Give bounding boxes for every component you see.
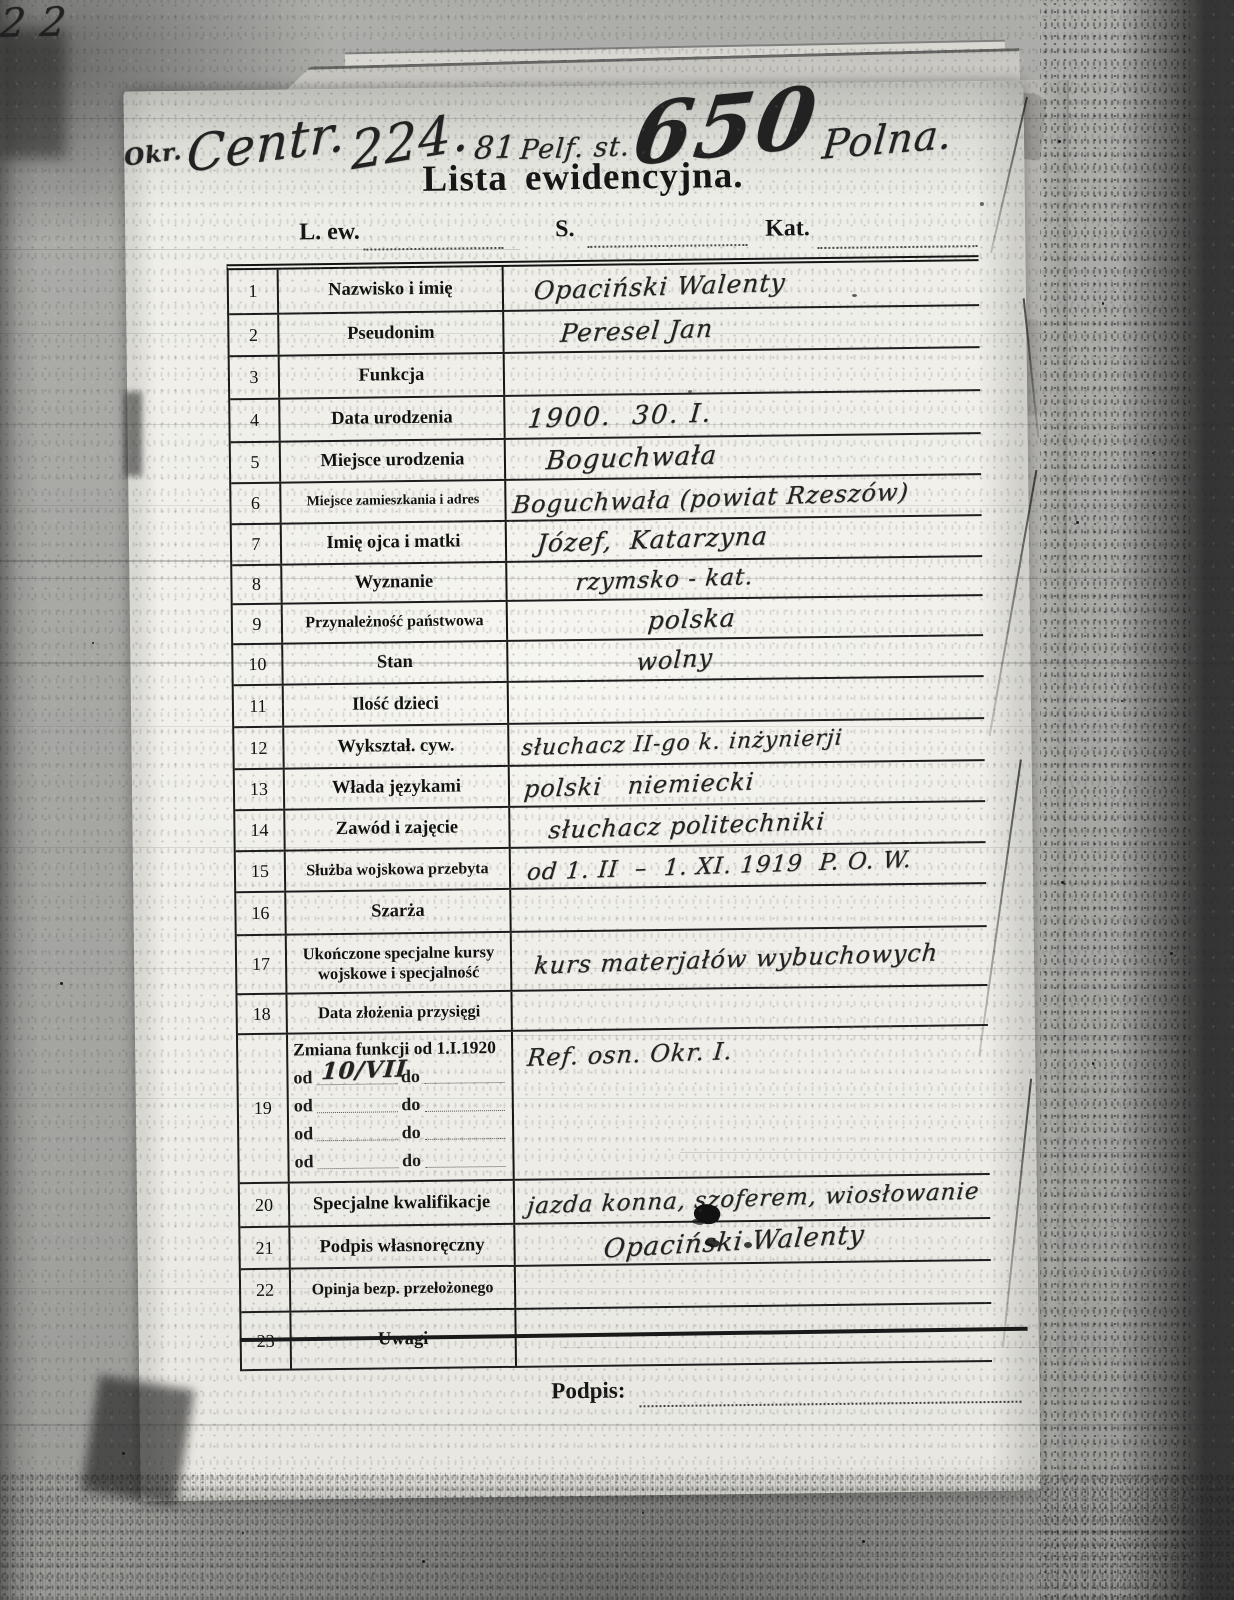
scan-speck [1102, 302, 1104, 305]
evidence-table: 1 Nazwisko i imię Opaciński Walenty 2 Ps… [227, 255, 992, 1371]
row-number: 8 [232, 566, 282, 604]
row-label: Podpis własnoręczny [290, 1225, 515, 1268]
row-value: rzymsko - kat. [574, 563, 754, 595]
scan-speck [642, 1512, 644, 1514]
scan-speck [1092, 1062, 1094, 1065]
row-value: jazda konna, szoferem, wiosłowanie [526, 1178, 981, 1219]
row-value: Opaciński Walenty [533, 268, 787, 305]
row-label: Imię ojca i matki [282, 522, 507, 564]
dotted-rule [587, 244, 747, 248]
scan-speck [422, 1560, 425, 1563]
row-label: Miejsce urodzenia [281, 440, 506, 482]
lew-field-value: 81 [473, 129, 518, 167]
row-number: 12 [234, 728, 284, 769]
row-number: 13 [235, 770, 285, 810]
row-label: Przynależność państwowa [283, 602, 508, 643]
scan-speck [60, 982, 63, 985]
row-label: Wykształ. cyw. [284, 725, 509, 768]
row-number: 17 [237, 936, 288, 994]
row-label: Funkcja [280, 354, 505, 398]
form-sheet: Okr. Centr. Lista ewidencyjna. 224. L. e… [123, 81, 1040, 1502]
kat-field-label: Kat. [765, 215, 810, 243]
scan-blotch [0, 28, 66, 158]
od-do-line: od do [294, 1151, 509, 1173]
row-value: od 1. II – 1. XI. 1919 P. O. W. [526, 846, 913, 885]
row-value: Józef, Katarzyna [536, 521, 770, 558]
row-value: słuchacz politechniki [547, 807, 826, 844]
row-number: 7 [232, 525, 282, 565]
row-label: Ilość dzieci [284, 683, 509, 726]
table-row: 17 Ukończone specjalne kursy wojskowe i … [237, 927, 988, 995]
table-row-19: 19 Zmiana funkcji od 1.I.1920 od 10/VII … [238, 1026, 990, 1184]
background-page-number-fragment: 2 2 [0, 0, 69, 47]
row-label: Stan [283, 642, 508, 684]
row-number: 22 [241, 1270, 291, 1312]
row-value: polska [647, 603, 737, 635]
dotted-signature-line [640, 1401, 1022, 1408]
dotted-leader [425, 1166, 505, 1168]
scan-speck [1121, 700, 1123, 702]
lew-field-label: L. ew. [299, 219, 360, 247]
row-value: Peresel Jan [559, 313, 714, 347]
row-number: 1 [229, 270, 280, 314]
row-label: Zawód i zajęcie [285, 808, 510, 850]
row-label: Ukończone specjalne kursy wojskowe i spe… [287, 933, 513, 993]
row-label: Nazwisko i imię [279, 267, 505, 313]
row-number: 10 [233, 645, 283, 685]
dotted-rule [363, 247, 503, 251]
row-label: Miejsce zamieszkania i adres [281, 481, 506, 523]
row-value: polski niemiecki [523, 767, 756, 803]
handwritten-okr-annotation: Okr. [123, 138, 184, 172]
row-label: Data urodzenia [280, 397, 505, 441]
scan-speck [1152, 452, 1154, 454]
row-label: Pseudonim [279, 312, 504, 355]
row-value: słuchacz II-go k. inżynierji [520, 725, 843, 761]
scan-speck [862, 1540, 865, 1543]
od-do-line: od do [294, 1123, 509, 1145]
handwritten-centr-annotation: Centr. [186, 104, 347, 184]
row-label: Służba wojskowa przebyta [286, 849, 511, 891]
row-number: 14 [235, 811, 285, 851]
row-label: Opinja bezp. przełożonego [291, 1267, 516, 1311]
handwritten-signature-row: Opaciński Walenty [602, 1220, 866, 1265]
row-number: 4 [230, 400, 280, 442]
row-number: 6 [231, 484, 281, 524]
row-value: Boguchwała [545, 440, 719, 476]
dotted-rule [817, 245, 977, 249]
row-label: Wyznanie [282, 563, 507, 603]
dotted-leader [424, 1110, 504, 1112]
row-number: 11 [234, 686, 284, 727]
handwritten-signature: Polna. [820, 112, 954, 169]
row-value: wolny [636, 643, 714, 676]
scan-speck [92, 642, 94, 644]
handwritten-od-date: 10/VII [320, 1055, 408, 1085]
row-label: Szarża [286, 890, 511, 934]
scan-streak [0, 1516, 1234, 1517]
row-19-label-cell: Zmiana funkcji od 1.I.1920 od 10/VII do … [288, 1032, 515, 1182]
od-do-line: od 10/VII do [293, 1067, 508, 1089]
scan-speck [122, 1452, 125, 1455]
od-do-line: od do [294, 1095, 509, 1117]
dotted-leader [425, 1138, 505, 1140]
dotted-leader [424, 1082, 504, 1084]
dotted-leader [317, 1111, 397, 1113]
row-value: 1900. 30. I. [526, 398, 714, 434]
dotted-leader [318, 1167, 398, 1169]
scanned-document-page: 2 2 Okr. Centr. Lista ewidencyjna. 224. … [0, 0, 1234, 1600]
row-label: Data złożenia przysięgi [287, 992, 512, 1033]
podpis-label: Podpis: [551, 1378, 625, 1405]
row-label: Specjalne kwalifikacje [290, 1181, 515, 1226]
scan-speck [1170, 952, 1173, 955]
row-number: 21 [240, 1228, 290, 1269]
dotted-leader [317, 1139, 397, 1141]
row-number: 2 [229, 315, 279, 356]
row-number: 16 [236, 893, 286, 935]
row-number: 15 [236, 852, 286, 892]
row-number: 19 [238, 1035, 290, 1183]
scan-speck [1076, 521, 1079, 524]
scan-streak [0, 1556, 1234, 1557]
row-value: Ref. osn. Okr. I. [526, 1037, 734, 1072]
scan-speck [242, 1532, 244, 1534]
handwritten-kat-number: 650 [628, 74, 824, 178]
row-number: 20 [240, 1184, 291, 1227]
row-label: Włada językami [285, 767, 510, 809]
row-number: 9 [233, 605, 283, 644]
row-number: 5 [231, 443, 281, 483]
row-number: 3 [230, 357, 280, 399]
row-value: Boguchwała (powiat Rzeszów) [511, 477, 910, 518]
row-value: kurs materjałów wybuchowych [533, 938, 940, 980]
s-field-value: Pelf. st. [518, 131, 631, 166]
row-number: 18 [237, 995, 287, 1034]
s-field-label: S. [555, 216, 575, 243]
